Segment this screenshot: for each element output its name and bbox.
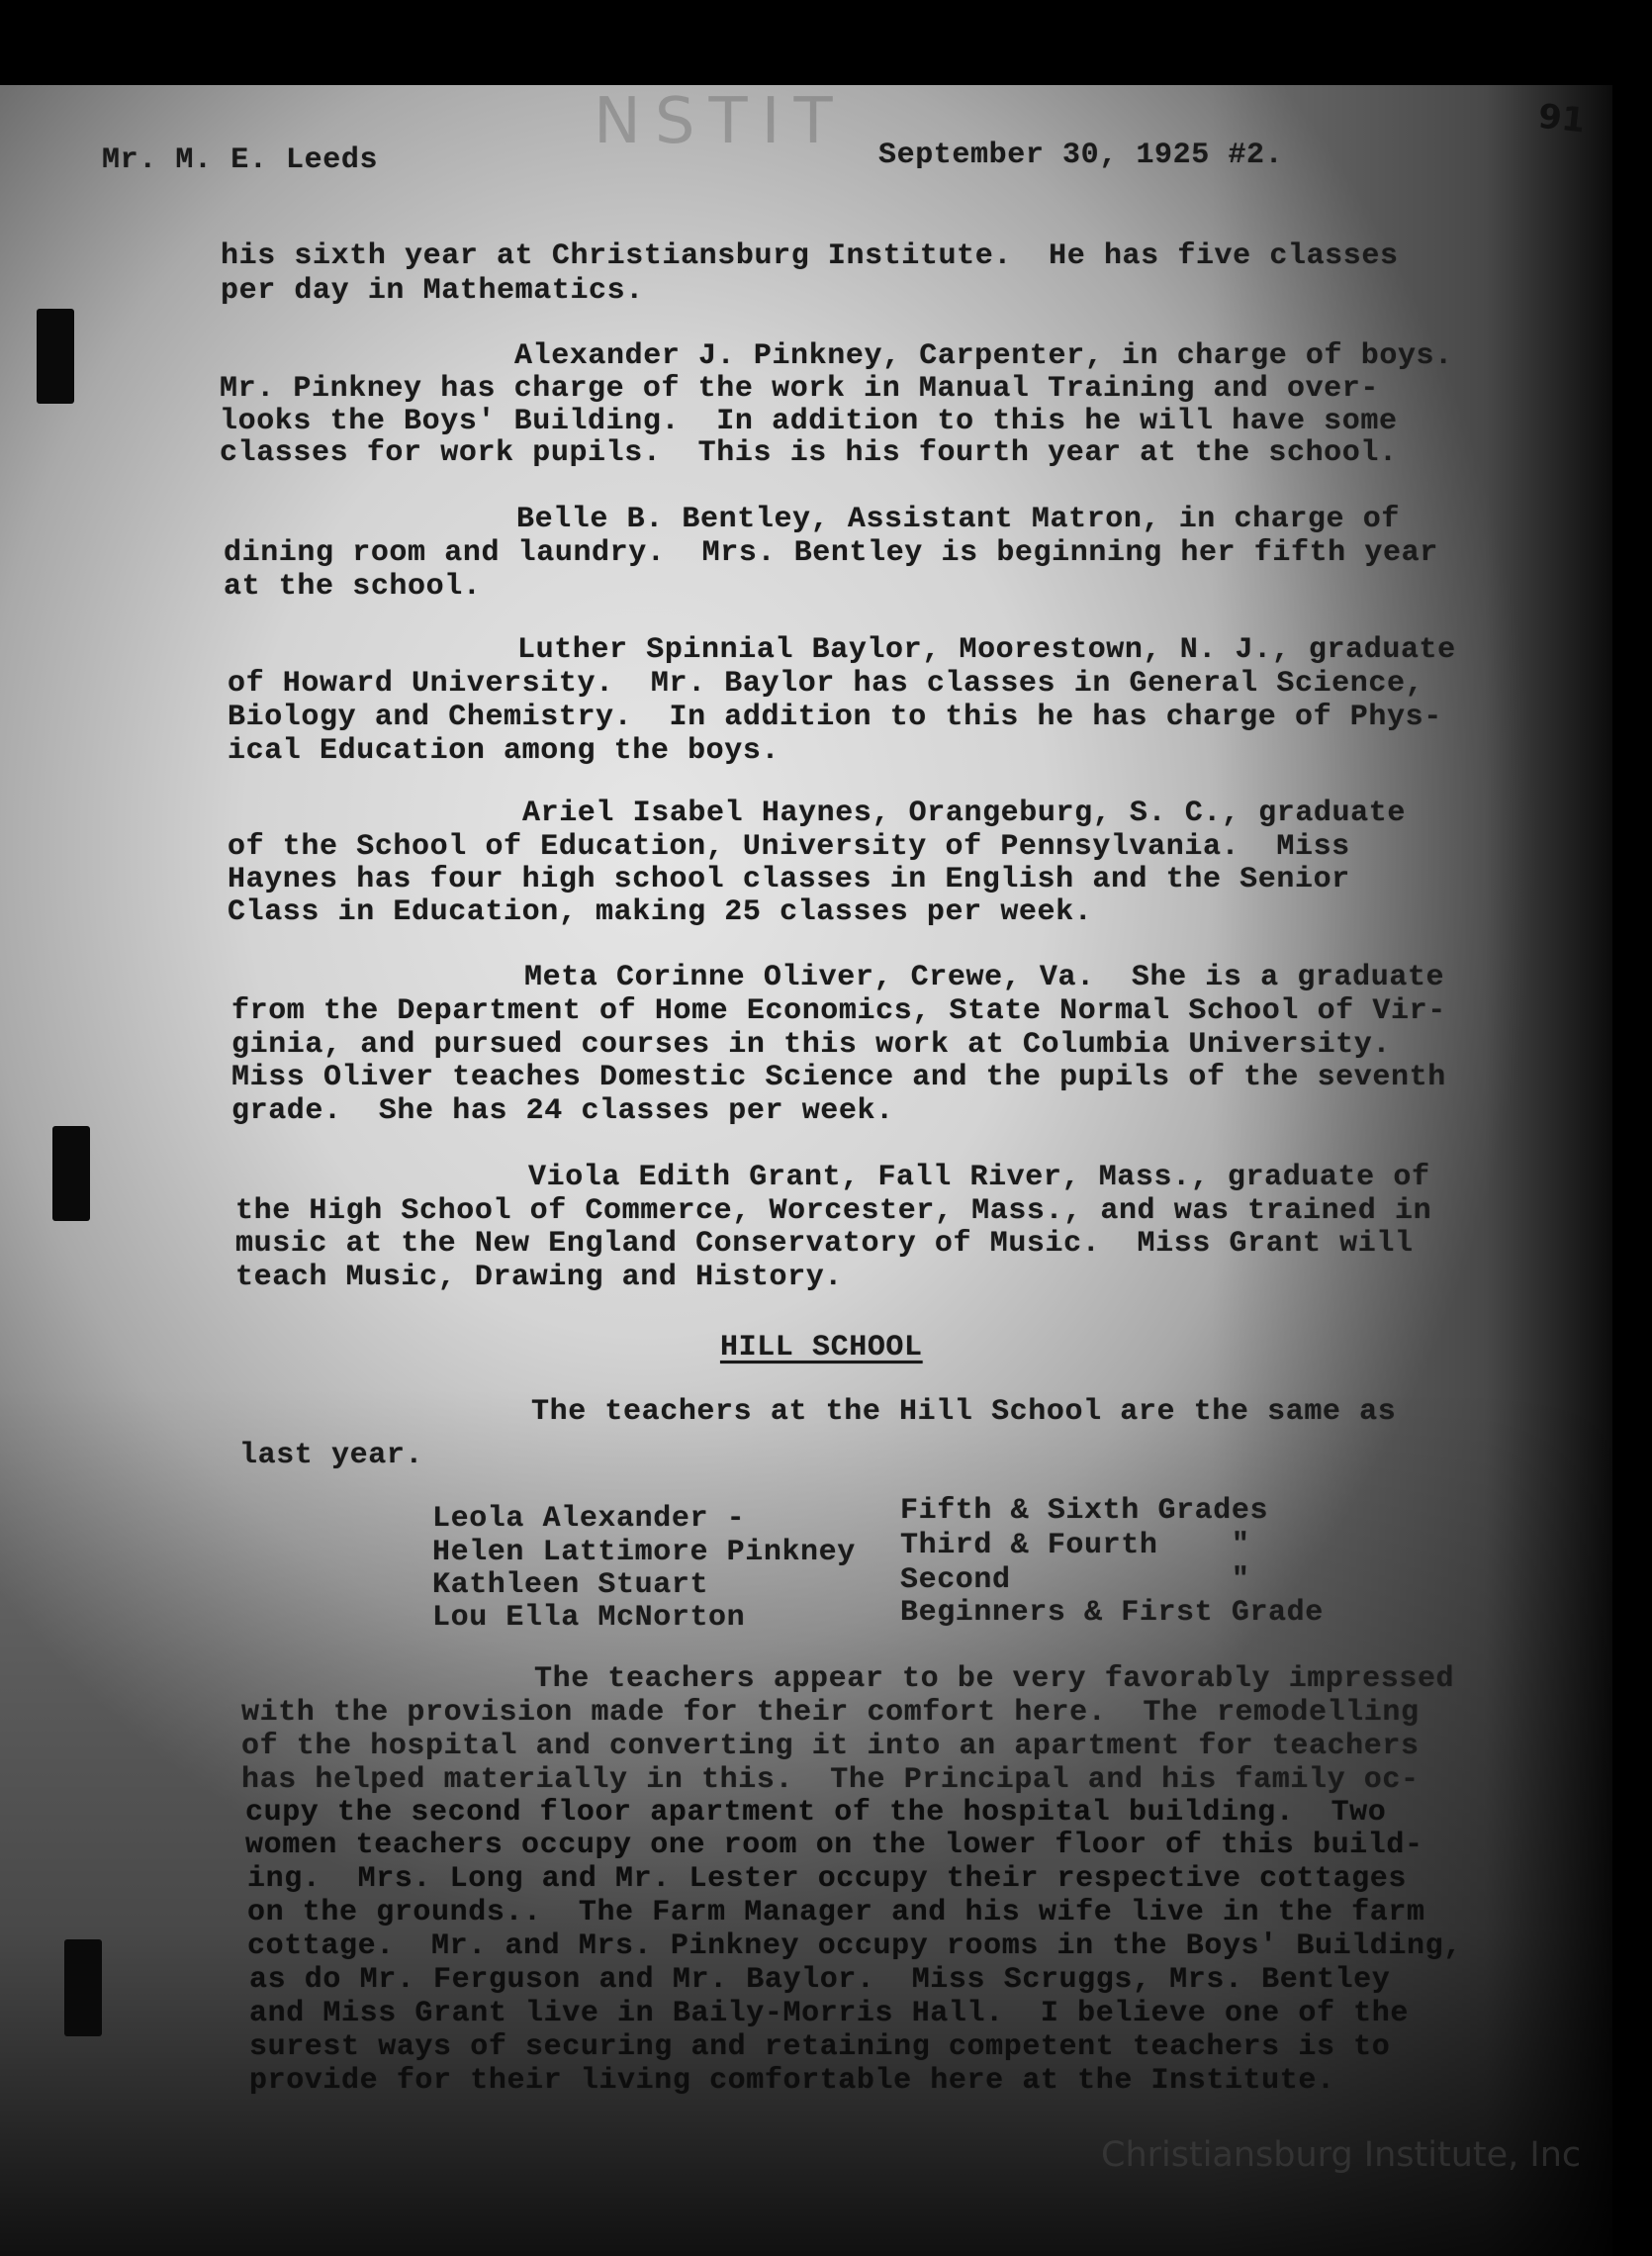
paragraph-line: ical Education among the boys.: [228, 734, 780, 768]
paragraph-line: Luther Spinnial Baylor, Moorestown, N. J…: [517, 633, 1456, 667]
paragraph-line: Meta Corinne Oliver, Crewe, Va. She is a…: [524, 961, 1444, 994]
paragraph-line: Miss Oliver teaches Domestic Science and…: [231, 1061, 1446, 1094]
paragraph-line: Mr. Pinkney has charge of the work in Ma…: [220, 372, 1379, 406]
paragraph-line: last year.: [239, 1439, 423, 1472]
paragraph-line: surest ways of securing and retaining co…: [249, 2030, 1390, 2064]
paragraph-line: from the Department of Home Economics, S…: [231, 994, 1446, 1028]
teacher-name: Leola Alexander -: [432, 1502, 745, 1536]
teacher-name: Helen Lattimore Pinkney: [432, 1536, 856, 1569]
section-heading: HILL SCHOOL: [720, 1331, 923, 1364]
paragraph-line: Belle B. Bentley, Assistant Matron, in c…: [516, 503, 1400, 536]
teacher-grade: Beginners & First Grade: [900, 1596, 1324, 1630]
recipient: Mr. M. E. Leeds: [102, 143, 378, 177]
binder-hole-top: [37, 309, 74, 404]
binder-hole-bottom: [64, 1939, 102, 2036]
faded-stamp: NSTIT: [594, 85, 847, 158]
page-number: 91: [1536, 97, 1587, 141]
paragraph-line: of the hospital and converting it into a…: [241, 1730, 1420, 1763]
scan-border: [1612, 0, 1652, 2256]
paragraph-line: as do Mr. Ferguson and Mr. Baylor. Miss …: [249, 1963, 1390, 1997]
paragraph-line: provide for their living comfortable her…: [249, 2064, 1335, 2098]
paragraph-line: Class in Education, making 25 classes pe…: [228, 895, 1092, 929]
paragraph-line: Biology and Chemistry. In addition to th…: [228, 701, 1442, 734]
paragraph-line: Ariel Isabel Haynes, Orangeburg, S. C., …: [522, 797, 1406, 830]
paragraph-line: grade. She has 24 classes per week.: [231, 1094, 894, 1128]
paragraph-line: with the provision made for their comfor…: [241, 1696, 1420, 1730]
paragraph-line: looks the Boys' Building. In addition to…: [220, 405, 1398, 438]
paragraph-line: per day in Mathematics.: [221, 274, 644, 308]
binder-hole-middle: [52, 1126, 90, 1221]
letter-date: September 30, 1925 #2.: [878, 139, 1283, 172]
paragraph-line: teach Music, Drawing and History.: [235, 1261, 843, 1294]
paragraph-line: women teachers occupy one room on the lo…: [245, 1829, 1423, 1862]
paragraph-line: Alexander J. Pinkney, Carpenter, in char…: [514, 339, 1453, 373]
paragraph-line: cupy the second floor apartment of the h…: [245, 1796, 1386, 1830]
watermark: Christiansburg Institute, Inc: [1101, 2135, 1581, 2175]
teacher-grade: Fifth & Sixth Grades: [900, 1494, 1268, 1528]
paragraph-line: of the School of Education, University o…: [228, 830, 1350, 864]
paragraph-line: of Howard University. Mr. Baylor has cla…: [228, 667, 1423, 701]
paragraph-line: on the grounds.. The Farm Manager and hi…: [247, 1896, 1425, 1929]
paragraph-line: the High School of Commerce, Worcester, …: [235, 1194, 1431, 1228]
paragraph-line: The teachers at the Hill School are the …: [531, 1395, 1396, 1429]
paragraph-line: classes for work pupils. This is his fou…: [220, 436, 1398, 470]
paragraph-line: Haynes has four high school classes in E…: [228, 863, 1350, 896]
teacher-grade: Second ": [900, 1563, 1249, 1597]
paragraph-line: and Miss Grant live in Baily-Morris Hall…: [249, 1997, 1409, 2030]
paragraph-line: has helped materially in this. The Princ…: [241, 1763, 1420, 1797]
paragraph-line: his sixth year at Christiansburg Institu…: [221, 239, 1399, 273]
paragraph-line: dining room and laundry. Mrs. Bentley is…: [224, 536, 1438, 570]
paragraph-line: ing. Mrs. Long and Mr. Lester occupy the…: [247, 1862, 1407, 1896]
paragraph-line: The teachers appear to be very favorably…: [534, 1662, 1454, 1696]
teacher-name: Kathleen Stuart: [432, 1568, 708, 1602]
paragraph-line: Viola Edith Grant, Fall River, Mass., gr…: [528, 1161, 1430, 1194]
paragraph-line: at the school.: [224, 570, 481, 604]
teacher-name: Lou Ella McNorton: [432, 1601, 745, 1635]
teacher-grade: Third & Fourth ": [900, 1529, 1249, 1562]
paragraph-line: ginia, and pursued courses in this work …: [231, 1028, 1391, 1062]
paragraph-line: music at the New England Conservatory of…: [235, 1227, 1414, 1261]
paragraph-line: cottage. Mr. and Mrs. Pinkney occupy roo…: [247, 1929, 1462, 1963]
